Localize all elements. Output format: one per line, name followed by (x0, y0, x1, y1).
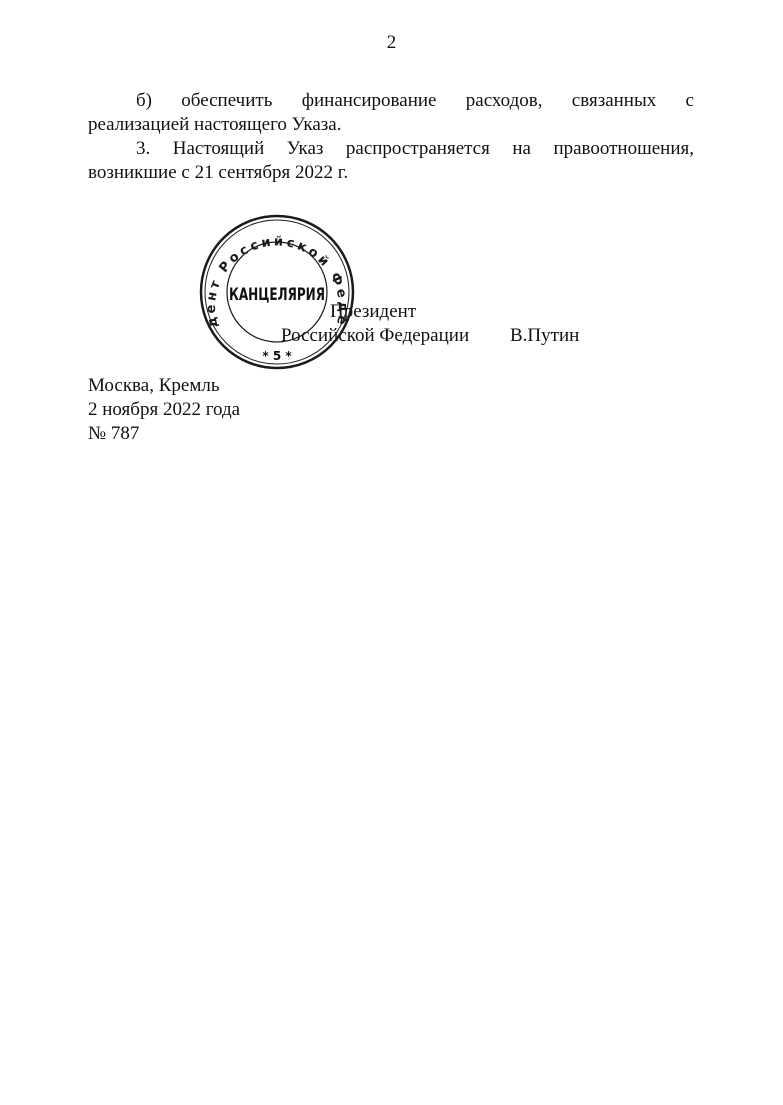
paragraph-first-line: 3. Настоящий Указ распространяется на пр… (88, 137, 694, 161)
paragraph-rest: возникшие с 21 сентября 2022 г. (88, 161, 694, 185)
svg-text:* 5 *: * 5 * (262, 349, 292, 363)
paragraph-3: 3. Настоящий Указ распространяется на пр… (88, 137, 694, 185)
paragraph-rest: реализацией настоящего Указа. (88, 113, 694, 137)
svg-text:Президент Российской Федерации: Президент Российской Федерации (196, 214, 350, 329)
signature-title-line1: Президент (330, 300, 416, 324)
issue-place: Москва, Кремль (88, 374, 240, 398)
svg-text:КАНЦЕЛЯРИЯ: КАНЦЕЛЯРИЯ (229, 285, 325, 305)
paragraph-first-line: б) обеспечить финансирование расходов, с… (88, 89, 694, 113)
place-date-number: Москва, Кремль 2 ноября 2022 года № 787 (88, 374, 240, 446)
page-number: 2 (0, 32, 783, 54)
issue-date: 2 ноября 2022 года (88, 398, 240, 422)
decree-number: № 787 (88, 422, 240, 446)
signatory-name: В.Путин (510, 324, 579, 348)
paragraph-b: б) обеспечить финансирование расходов, с… (88, 89, 694, 137)
signature-title-line2: Российской Федерации (281, 324, 469, 348)
